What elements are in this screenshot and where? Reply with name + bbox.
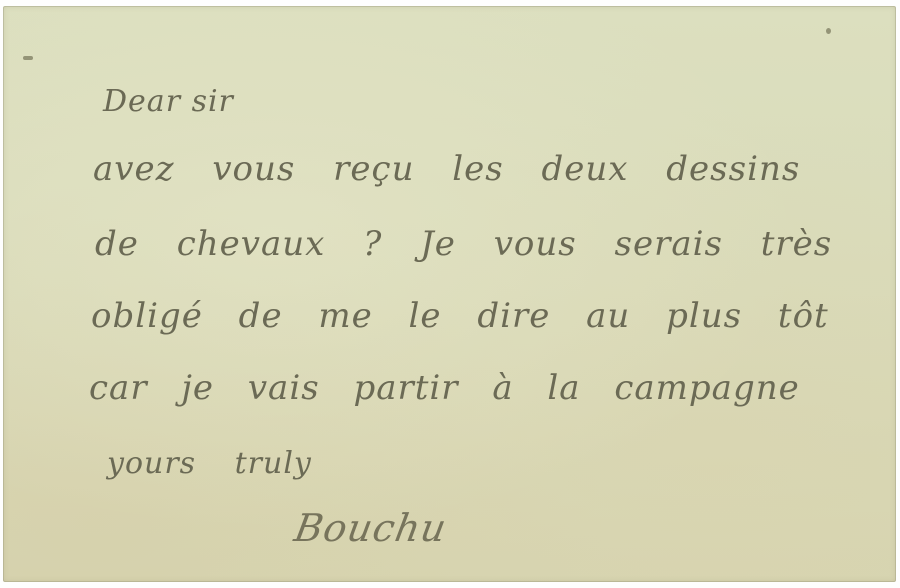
page: Dear sir avez vous reçu les deux dessins… (0, 0, 900, 588)
body-line-2: de chevaux ? Je vous serais très (95, 224, 832, 264)
ink-spot (826, 28, 831, 34)
salutation: Dear sir (103, 84, 234, 119)
signature: Bouchu (291, 506, 450, 550)
body-line-4: car je vais partir à la campagne (89, 368, 800, 408)
body-line-3: obligé de me le dire au plus tôt (91, 296, 829, 336)
handwritten-card: Dear sir avez vous reçu les deux dessins… (3, 6, 896, 582)
body-line-1: avez vous reçu les deux dessins (93, 149, 800, 189)
ink-mark (23, 56, 33, 60)
closing: yours truly (107, 446, 312, 481)
